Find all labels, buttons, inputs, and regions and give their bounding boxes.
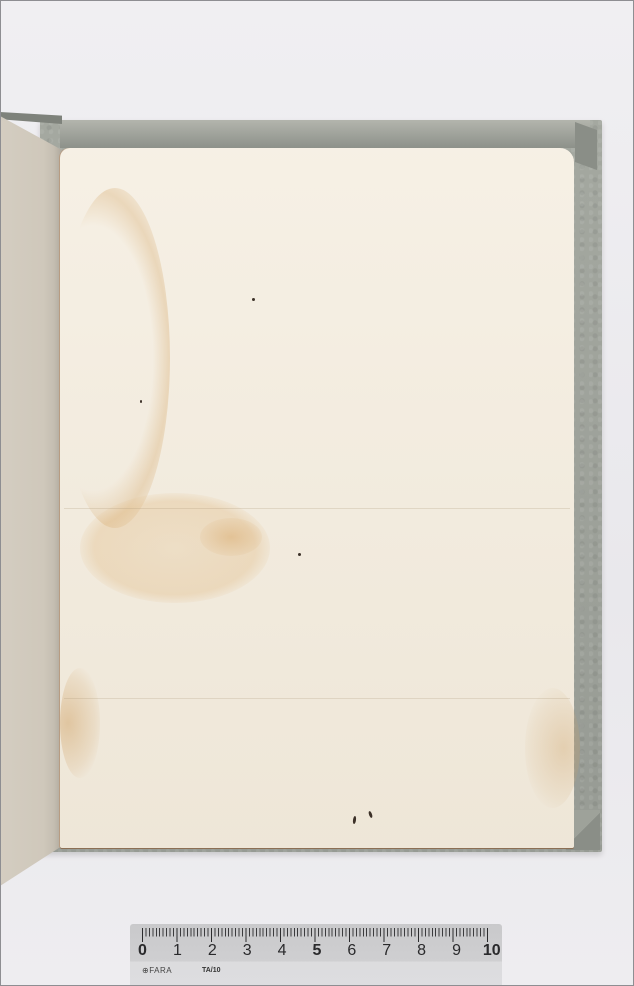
ruler-number: 4 <box>274 942 291 962</box>
ruler-brand-logo: ⊕FARA <box>142 966 172 975</box>
ruler-number: 6 <box>343 942 360 962</box>
manuscript-folio <box>60 148 574 848</box>
ruler-number: 0 <box>134 942 151 962</box>
ruler-number: 1 <box>169 942 186 962</box>
ruler-number: 8 <box>413 942 430 962</box>
water-stain-left-margin <box>60 188 170 528</box>
ruler-number: 7 <box>378 942 395 962</box>
ink-speck <box>252 298 255 301</box>
water-stain-lower-left <box>60 668 100 778</box>
ruler-numbers: 0 1 2 3 4 5 6 7 8 9 10 <box>134 942 500 962</box>
left-cover-flap <box>0 116 62 886</box>
ink-speck <box>368 811 373 819</box>
wrapper-corner-top-right <box>575 122 597 170</box>
fold-crease-lower <box>64 698 570 699</box>
ruler-model-label: TA/10 <box>202 967 221 974</box>
water-stain-blot <box>200 518 262 556</box>
ink-speck <box>352 816 356 824</box>
ink-speck <box>298 553 301 556</box>
water-stain-center-left <box>80 493 270 603</box>
ruler-number: 2 <box>204 942 221 962</box>
ruler-number: 3 <box>239 942 256 962</box>
ink-speck <box>140 400 142 403</box>
wrapper-top-fold <box>60 120 590 148</box>
ruler-number: 5 <box>308 942 325 962</box>
fold-crease-middle <box>64 508 570 509</box>
ruler-number: 10 <box>483 942 500 962</box>
ruler-number: 9 <box>448 942 465 962</box>
water-stain-lower-right <box>525 688 580 808</box>
ruler-major-ticks <box>142 928 488 942</box>
scale-ruler: 0 1 2 3 4 5 6 7 8 9 10 ⊕FARA TA/10 <box>130 924 502 986</box>
